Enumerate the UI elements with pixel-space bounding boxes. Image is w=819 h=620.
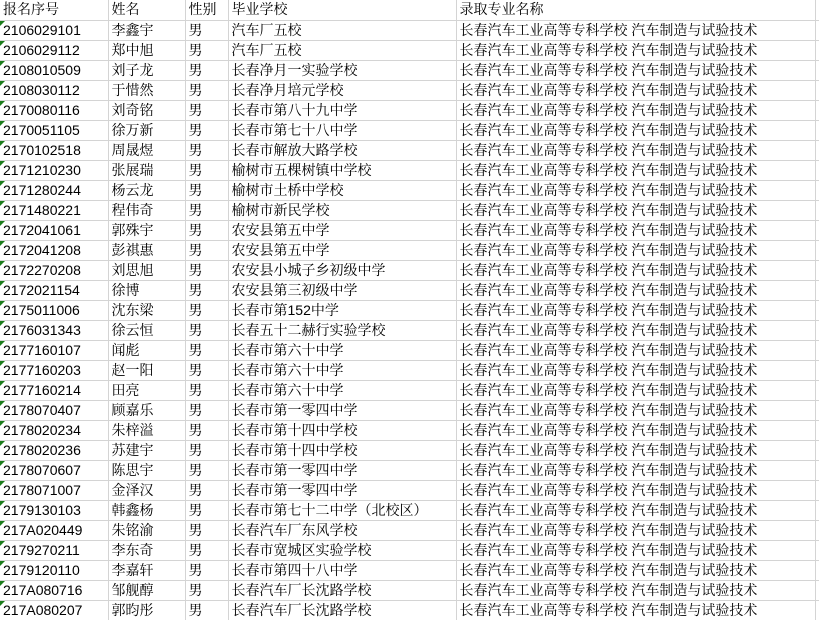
cell-name[interactable]: 周晟煜 [108,140,185,160]
cell-id[interactable]: 2178020236 [0,440,108,460]
cell-major[interactable]: 长春汽车工业高等专科学校 汽车制造与试验技术 [456,20,815,40]
error-indicator-green-triangle-icon [0,341,5,346]
cell-major[interactable]: 长春汽车工业高等专科学校 汽车制造与试验技术 [456,460,815,480]
cell-name[interactable]: 李鑫宇 [108,20,185,40]
table-row: 2178070407顾嘉乐男长春市第一零四中学长春汽车工业高等专科学校 汽车制造… [0,400,819,420]
cell-major[interactable]: 长春汽车工业高等专科学校 汽车制造与试验技术 [456,600,815,620]
cell-gender[interactable]: 男 [185,300,228,320]
cell-id-text: 2172270208 [3,262,81,278]
cell-id-text: 2177160214 [3,382,81,398]
cell-school[interactable]: 榆树市新民学校 [228,200,456,220]
cell-gender[interactable]: 男 [185,400,228,420]
cell-school[interactable]: 长春市解放大路学校 [228,140,456,160]
cell-school[interactable]: 长春市第十四中学校 [228,440,456,460]
table-row: 2177160214田亮男长春市第六十中学长春汽车工业高等专科学校 汽车制造与试… [0,380,819,400]
cell-school[interactable]: 长春汽车厂长沈路学校 [228,580,456,600]
error-indicator-green-triangle-icon [0,561,5,566]
cell-name[interactable]: 顾嘉乐 [108,400,185,420]
error-indicator-green-triangle-icon [0,541,5,546]
cell-school[interactable]: 长春市第七十二中学（北校区） [228,500,456,520]
cell-gender[interactable]: 男 [185,420,228,440]
cell-name[interactable]: 杨云龙 [108,180,185,200]
cell-empty[interactable] [815,120,819,140]
cell-id-text: 217A080207 [3,602,82,618]
cell-gender[interactable]: 男 [185,200,228,220]
error-indicator-green-triangle-icon [0,361,5,366]
table-row: 2171210230张展瑞男榆树市五棵树镇中学校长春汽车工业高等专科学校 汽车制… [0,160,819,180]
cell-name[interactable]: 于惜然 [108,80,185,100]
cell-empty[interactable] [815,220,819,240]
cell-major[interactable]: 长春汽车工业高等专科学校 汽车制造与试验技术 [456,320,815,340]
header-cell-school[interactable]: 毕业学校 [228,0,456,20]
cell-name[interactable]: 朱铭渝 [108,520,185,540]
cell-name[interactable]: 朱梓溢 [108,420,185,440]
table-row: 2179130103韩鑫杨男长春市第七十二中学（北校区）长春汽车工业高等专科学校… [0,500,819,520]
error-indicator-green-triangle-icon [0,141,5,146]
cell-name[interactable]: 程伟奇 [108,200,185,220]
cell-major[interactable]: 长春汽车工业高等专科学校 汽车制造与试验技术 [456,500,815,520]
cell-empty[interactable] [815,560,819,580]
cell-id[interactable]: 2172270208 [0,260,108,280]
cell-id-text: 2178070607 [3,462,81,478]
cell-school[interactable]: 长春净月一实验学校 [228,60,456,80]
cell-school[interactable]: 长春汽车厂东风学校 [228,520,456,540]
cell-gender[interactable]: 男 [185,20,228,40]
table-row: 2177160107闻彪男长春市第六十中学长春汽车工业高等专科学校 汽车制造与试… [0,340,819,360]
cell-name[interactable]: 徐万新 [108,120,185,140]
error-indicator-green-triangle-icon [0,401,5,406]
cell-name[interactable]: 田亮 [108,380,185,400]
table-row: 2108030112于惜然男长春净月培元学校长春汽车工业高等专科学校 汽车制造与… [0,80,819,100]
cell-gender[interactable]: 男 [185,240,228,260]
cell-id[interactable]: 2177160203 [0,360,108,380]
table-row: 2172041208彭祺惠男农安县第五中学长春汽车工业高等专科学校 汽车制造与试… [0,240,819,260]
cell-empty[interactable] [815,580,819,600]
cell-gender[interactable]: 男 [185,320,228,340]
cell-id-text: 2175011006 [3,302,80,318]
cell-school[interactable]: 农安县第五中学 [228,240,456,260]
cell-gender[interactable]: 男 [185,120,228,140]
cell-id-text: 2170080116 [3,102,80,118]
cell-school[interactable]: 长春市第六十中学 [228,340,456,360]
cell-id-text: 2179120110 [3,562,80,578]
table-row: 2179120110李嘉轩男长春市第四十八中学长春汽车工业高等专科学校 汽车制造… [0,560,819,580]
cell-id[interactable]: 2172041208 [0,240,108,260]
error-indicator-green-triangle-icon [0,421,5,426]
table-row: 2178070607陈思宇男长春市第一零四中学长春汽车工业高等专科学校 汽车制造… [0,460,819,480]
error-indicator-green-triangle-icon [0,441,5,446]
table-row: 2178020234朱梓溢男长春市第十四中学校长春汽车工业高等专科学校 汽车制造… [0,420,819,440]
table-row: 2170051105徐万新男长春市第七十八中学长春汽车工业高等专科学校 汽车制造… [0,120,819,140]
cell-empty[interactable] [815,40,819,60]
error-indicator-green-triangle-icon [0,161,5,166]
cell-id[interactable]: 2178070407 [0,400,108,420]
cell-major[interactable]: 长春汽车工业高等专科学校 汽车制造与试验技术 [456,80,815,100]
table-row: 2179270211李东奇男长春市宽城区实验学校长春汽车工业高等专科学校 汽车制… [0,540,819,560]
cell-major[interactable]: 长春汽车工业高等专科学校 汽车制造与试验技术 [456,400,815,420]
cell-major[interactable]: 长春汽车工业高等专科学校 汽车制造与试验技术 [456,560,815,580]
cell-school[interactable]: 长春市第七十八中学 [228,120,456,140]
header-cell-id[interactable]: 报名序号 [0,0,108,20]
cell-major[interactable]: 长春汽车工业高等专科学校 汽车制造与试验技术 [456,520,815,540]
table-row: 2170102518周晟煜男长春市解放大路学校长春汽车工业高等专科学校 汽车制造… [0,140,819,160]
cell-major[interactable]: 长春汽车工业高等专科学校 汽车制造与试验技术 [456,160,815,180]
cell-empty[interactable] [815,260,819,280]
cell-gender[interactable]: 男 [185,440,228,460]
cell-name[interactable]: 李嘉轩 [108,560,185,580]
cell-id-text: 2172041061 [3,222,81,238]
cell-id-text: 2170051105 [3,122,80,138]
cell-id[interactable]: 2106029101 [0,20,108,40]
cell-gender[interactable]: 男 [185,580,228,600]
table-row: 2172270208刘思旭男农安县小城子乡初级中学长春汽车工业高等专科学校 汽车… [0,260,819,280]
error-indicator-green-triangle-icon [0,321,5,326]
cell-empty[interactable] [815,420,819,440]
cell-empty[interactable] [815,500,819,520]
error-indicator-green-triangle-icon [0,521,5,526]
cell-gender[interactable]: 男 [185,80,228,100]
error-indicator-green-triangle-icon [0,121,5,126]
cell-empty[interactable] [815,100,819,120]
cell-school[interactable]: 长春市第152中学 [228,300,456,320]
cell-empty[interactable] [815,400,819,420]
cell-school[interactable]: 长春市宽城区实验学校 [228,540,456,560]
spreadsheet-table: 报名序号 姓名 性别 毕业学校 录取专业名称 2106029101李鑫宇男汽车厂… [0,0,819,620]
cell-major[interactable]: 长春汽车工业高等专科学校 汽车制造与试验技术 [456,180,815,200]
cell-id[interactable]: 2171480221 [0,200,108,220]
cell-id-text: 2177160107 [3,342,81,358]
table-row: 217A020449朱铭渝男长春汽车厂东风学校长春汽车工业高等专科学校 汽车制造… [0,520,819,540]
cell-id-text: 2178020236 [3,442,81,458]
cell-major[interactable]: 长春汽车工业高等专科学校 汽车制造与试验技术 [456,40,815,60]
cell-school[interactable]: 汽车厂五校 [228,40,456,60]
cell-major[interactable]: 长春汽车工业高等专科学校 汽车制造与试验技术 [456,440,815,460]
cell-empty[interactable] [815,180,819,200]
cell-id[interactable]: 2178020234 [0,420,108,440]
cell-id-text: 2172021154 [3,282,80,298]
cell-id-text: 2170102518 [3,142,81,158]
cell-id-text: 2172041208 [3,242,81,258]
cell-id[interactable]: 2108010509 [0,60,108,80]
cell-id[interactable]: 217A020449 [0,520,108,540]
cell-id-text: 2171210230 [3,162,81,178]
cell-major[interactable]: 长春汽车工业高等专科学校 汽车制造与试验技术 [456,540,815,560]
cell-school[interactable]: 长春市第四十八中学 [228,560,456,580]
cell-name[interactable]: 徐博 [108,280,185,300]
cell-empty[interactable] [815,460,819,480]
cell-id-text: 2177160203 [3,362,81,378]
cell-gender[interactable]: 男 [185,560,228,580]
cell-gender[interactable]: 男 [185,40,228,60]
cell-gender[interactable]: 男 [185,540,228,560]
header-cell-gender[interactable]: 性别 [185,0,228,20]
cell-empty[interactable] [815,280,819,300]
cell-name[interactable]: 金泽汉 [108,480,185,500]
cell-school[interactable]: 农安县第三初级中学 [228,280,456,300]
cell-id[interactable]: 2172041061 [0,220,108,240]
header-cell-major[interactable]: 录取专业名称 [456,0,815,20]
cell-id[interactable]: 2179270211 [0,540,108,560]
table-row: 2106029101李鑫宇男汽车厂五校长春汽车工业高等专科学校 汽车制造与试验技… [0,20,819,40]
cell-id-text: 2178020234 [3,422,81,438]
error-indicator-green-triangle-icon [0,601,5,606]
cell-school[interactable]: 长春市第一零四中学 [228,480,456,500]
error-indicator-green-triangle-icon [0,581,5,586]
header-cell-name[interactable]: 姓名 [108,0,185,20]
cell-id-text: 2108030112 [3,82,80,98]
table-row: 2178071007金泽汉男长春市第一零四中学长春汽车工业高等专科学校 汽车制造… [0,480,819,500]
cell-id[interactable]: 2179130103 [0,500,108,520]
error-indicator-green-triangle-icon [0,101,5,106]
cell-major[interactable]: 长春汽车工业高等专科学校 汽车制造与试验技术 [456,100,815,120]
cell-gender[interactable]: 男 [185,160,228,180]
cell-id[interactable]: 2108030112 [0,80,108,100]
cell-id-text: 2108010509 [3,62,81,78]
cell-id[interactable]: 217A080716 [0,580,108,600]
cell-name[interactable]: 苏建宇 [108,440,185,460]
cell-gender[interactable]: 男 [185,280,228,300]
cell-empty[interactable] [815,60,819,80]
error-indicator-green-triangle-icon [0,261,5,266]
cell-major[interactable]: 长春汽车工业高等专科学校 汽车制造与试验技术 [456,300,815,320]
error-indicator-green-triangle-icon [0,501,5,506]
cell-gender[interactable]: 男 [185,600,228,620]
cell-gender[interactable]: 男 [185,460,228,480]
cell-gender[interactable]: 男 [185,500,228,520]
cell-school[interactable]: 长春市第一零四中学 [228,460,456,480]
cell-empty[interactable] [815,520,819,540]
cell-major[interactable]: 长春汽车工业高等专科学校 汽车制造与试验技术 [456,380,815,400]
cell-id[interactable]: 217A080207 [0,600,108,620]
cell-name[interactable]: 徐云恒 [108,320,185,340]
cell-gender[interactable]: 男 [185,480,228,500]
cell-name[interactable]: 郭殊宇 [108,220,185,240]
cell-id[interactable]: 2179120110 [0,560,108,580]
cell-id-text: 217A020449 [3,522,82,538]
cell-name[interactable]: 陈思宇 [108,460,185,480]
cell-school[interactable]: 长春五十二赫行实验学校 [228,320,456,340]
cell-school[interactable]: 榆树市五棵树镇中学校 [228,160,456,180]
cell-empty[interactable] [815,160,819,180]
cell-id[interactable]: 2175011006 [0,300,108,320]
cell-gender[interactable]: 男 [185,220,228,240]
table-row: 2172041061郭殊宇男农安县第五中学长春汽车工业高等专科学校 汽车制造与试… [0,220,819,240]
table-row: 2108010509刘子龙男长春净月一实验学校长春汽车工业高等专科学校 汽车制造… [0,60,819,80]
table-row: 2171280244杨云龙男榆树市土桥中学校长春汽车工业高等专科学校 汽车制造与… [0,180,819,200]
cell-id-text: 2176031343 [3,322,81,338]
table-row: 2178020236苏建宇男长春市第十四中学校长春汽车工业高等专科学校 汽车制造… [0,440,819,460]
error-indicator-green-triangle-icon [0,81,5,86]
error-indicator-green-triangle-icon [0,381,5,386]
cell-empty[interactable] [815,200,819,220]
table-row: 2171480221程伟奇男榆树市新民学校长春汽车工业高等专科学校 汽车制造与试… [0,200,819,220]
cell-school[interactable]: 长春市第六十中学 [228,360,456,380]
cell-empty[interactable] [815,380,819,400]
cell-school[interactable]: 长春净月培元学校 [228,80,456,100]
cell-empty[interactable] [815,600,819,620]
cell-school[interactable]: 榆树市土桥中学校 [228,180,456,200]
cell-id[interactable]: 2177160214 [0,380,108,400]
cell-id[interactable]: 2172021154 [0,280,108,300]
cell-name[interactable]: 郑中旭 [108,40,185,60]
cell-id[interactable]: 2171280244 [0,180,108,200]
cell-major[interactable]: 长春汽车工业高等专科学校 汽车制造与试验技术 [456,580,815,600]
cell-major[interactable]: 长春汽车工业高等专科学校 汽车制造与试验技术 [456,420,815,440]
cell-id-text: 2179130103 [3,502,81,518]
cell-name[interactable]: 沈东梁 [108,300,185,320]
cell-major[interactable]: 长春汽车工业高等专科学校 汽车制造与试验技术 [456,240,815,260]
table-row: 2175011006沈东梁男长春市第152中学长春汽车工业高等专科学校 汽车制造… [0,300,819,320]
cell-major[interactable]: 长春汽车工业高等专科学校 汽车制造与试验技术 [456,200,815,220]
cell-school[interactable]: 农安县小城子乡初级中学 [228,260,456,280]
cell-major[interactable]: 长春汽车工业高等专科学校 汽车制造与试验技术 [456,360,815,380]
cell-empty[interactable] [815,140,819,160]
cell-school[interactable]: 长春市第一零四中学 [228,400,456,420]
cell-school[interactable]: 农安县第五中学 [228,220,456,240]
cell-gender[interactable]: 男 [185,180,228,200]
cell-name[interactable]: 郭昀彤 [108,600,185,620]
table-body: 2106029101李鑫宇男汽车厂五校长春汽车工业高等专科学校 汽车制造与试验技… [0,20,819,620]
cell-empty[interactable] [815,20,819,40]
cell-school[interactable]: 长春汽车厂长沈路学校 [228,600,456,620]
header-cell-empty[interactable] [815,0,819,20]
cell-empty[interactable] [815,360,819,380]
error-indicator-green-triangle-icon [0,41,5,46]
cell-major[interactable]: 长春汽车工业高等专科学校 汽车制造与试验技术 [456,340,815,360]
cell-id-text: 2179270211 [3,542,80,558]
cell-major[interactable]: 长春汽车工业高等专科学校 汽车制造与试验技术 [456,140,815,160]
cell-school[interactable]: 长春市第十四中学校 [228,420,456,440]
table-row: 2106029112郑中旭男汽车厂五校长春汽车工业高等专科学校 汽车制造与试验技… [0,40,819,60]
cell-empty[interactable] [815,440,819,460]
table-row: 2172021154徐博男农安县第三初级中学长春汽车工业高等专科学校 汽车制造与… [0,280,819,300]
cell-name[interactable]: 韩鑫杨 [108,500,185,520]
cell-gender[interactable]: 男 [185,260,228,280]
cell-id[interactable]: 2106029112 [0,40,108,60]
cell-name[interactable]: 彭祺惠 [108,240,185,260]
cell-empty[interactable] [815,320,819,340]
cell-gender[interactable]: 男 [185,140,228,160]
cell-id-text: 2178071007 [3,482,81,498]
cell-major[interactable]: 长春汽车工业高等专科学校 汽车制造与试验技术 [456,120,815,140]
error-indicator-green-triangle-icon [0,461,5,466]
cell-gender[interactable]: 男 [185,60,228,80]
cell-id[interactable]: 2170051105 [0,120,108,140]
cell-major[interactable]: 长春汽车工业高等专科学校 汽车制造与试验技术 [456,480,815,500]
cell-name[interactable]: 李东奇 [108,540,185,560]
cell-name[interactable]: 刘子龙 [108,60,185,80]
cell-empty[interactable] [815,480,819,500]
cell-gender[interactable]: 男 [185,520,228,540]
cell-gender[interactable]: 男 [185,340,228,360]
cell-gender[interactable]: 男 [185,380,228,400]
cell-major[interactable]: 长春汽车工业高等专科学校 汽车制造与试验技术 [456,60,815,80]
cell-id[interactable]: 2177160107 [0,340,108,360]
cell-school[interactable]: 长春市第六十中学 [228,380,456,400]
error-indicator-green-triangle-icon [0,281,5,286]
cell-id[interactable]: 2171210230 [0,160,108,180]
cell-major[interactable]: 长春汽车工业高等专科学校 汽车制造与试验技术 [456,260,815,280]
cell-name[interactable]: 闻彪 [108,340,185,360]
cell-id-text: 2106029101 [3,22,81,38]
cell-empty[interactable] [815,300,819,320]
header-row: 报名序号 姓名 性别 毕业学校 录取专业名称 [0,0,819,20]
error-indicator-green-triangle-icon [0,301,5,306]
cell-school[interactable]: 汽车厂五校 [228,20,456,40]
cell-id-text: 217A080716 [3,582,82,598]
error-indicator-green-triangle-icon [0,181,5,186]
cell-id[interactable]: 2170080116 [0,100,108,120]
cell-id[interactable]: 2170102518 [0,140,108,160]
cell-name[interactable]: 赵一阳 [108,360,185,380]
cell-name[interactable]: 刘奇铭 [108,100,185,120]
error-indicator-green-triangle-icon [0,241,5,246]
cell-id-text: 2171280244 [3,182,81,198]
cell-empty[interactable] [815,540,819,560]
cell-id-text: 2178070407 [3,402,81,418]
error-indicator-green-triangle-icon [0,221,5,226]
cell-name[interactable]: 张展瑞 [108,160,185,180]
cell-empty[interactable] [815,240,819,260]
cell-school[interactable]: 长春市第八十九中学 [228,100,456,120]
error-indicator-green-triangle-icon [0,21,5,26]
cell-major[interactable]: 长春汽车工业高等专科学校 汽车制造与试验技术 [456,220,815,240]
error-indicator-green-triangle-icon [0,61,5,66]
table-row: 2177160203赵一阳男长春市第六十中学长春汽车工业高等专科学校 汽车制造与… [0,360,819,380]
cell-id[interactable]: 2178071007 [0,480,108,500]
cell-id-text: 2171480221 [3,202,81,218]
cell-empty[interactable] [815,80,819,100]
table-row: 2170080116刘奇铭男长春市第八十九中学长春汽车工业高等专科学校 汽车制造… [0,100,819,120]
cell-name[interactable]: 刘思旭 [108,260,185,280]
cell-name[interactable]: 邹舰醇 [108,580,185,600]
error-indicator-green-triangle-icon [0,481,5,486]
cell-id[interactable]: 2176031343 [0,320,108,340]
table-row: 217A080716邹舰醇男长春汽车厂长沈路学校长春汽车工业高等专科学校 汽车制… [0,580,819,600]
cell-empty[interactable] [815,340,819,360]
cell-major[interactable]: 长春汽车工业高等专科学校 汽车制造与试验技术 [456,280,815,300]
table-row: 2176031343徐云恒男长春五十二赫行实验学校长春汽车工业高等专科学校 汽车… [0,320,819,340]
error-indicator-green-triangle-icon [0,201,5,206]
cell-id-text: 2106029112 [3,42,80,58]
cell-gender[interactable]: 男 [185,100,228,120]
cell-gender[interactable]: 男 [185,360,228,380]
table-row: 217A080207郭昀彤男长春汽车厂长沈路学校长春汽车工业高等专科学校 汽车制… [0,600,819,620]
cell-id[interactable]: 2178070607 [0,460,108,480]
